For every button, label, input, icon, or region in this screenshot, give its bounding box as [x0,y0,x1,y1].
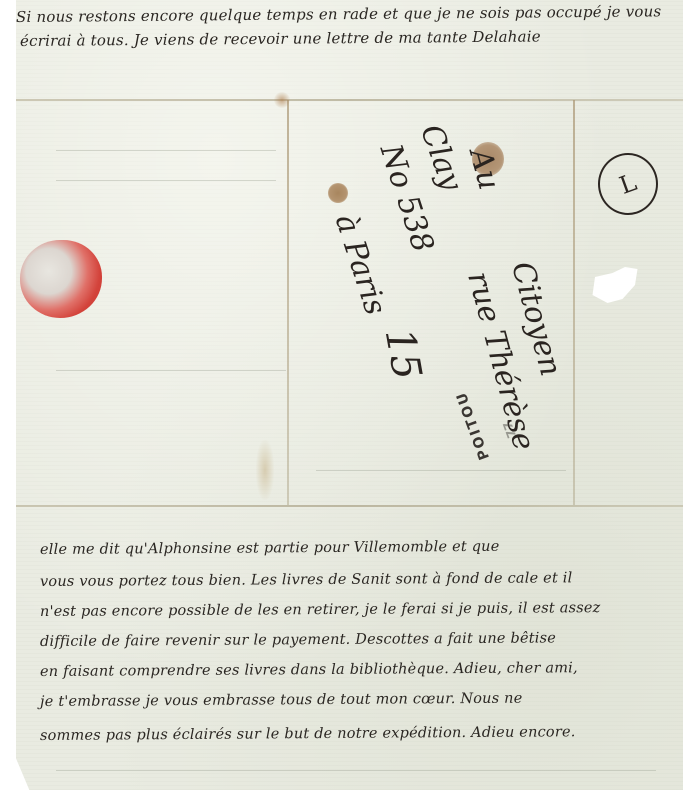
letter-line: Si nous restons encore quelque temps en … [16,2,662,26]
postmark-letter: L [616,168,641,200]
postmark-stamp: POITOU [453,389,493,462]
circular-postmark: L [598,153,658,215]
bleed-through-line [56,180,276,181]
letter-line: sommes pas plus éclairés sur le but de n… [40,724,576,744]
fold-line-left [287,100,289,505]
address-line: Clay [413,120,469,195]
letter-line: en faisant comprendre ses livres dans la… [40,660,578,680]
bleed-through-line [56,770,656,771]
bleed-through-line [316,470,566,471]
water-stain [274,92,290,108]
postage-mark: 15 [376,325,430,383]
letter-paper: Si nous restons encore quelque temps en … [16,0,683,790]
ink-stain [328,183,348,203]
fold-line-bottom [16,505,683,507]
address-line: à Paris [328,210,393,319]
letter-line: elle me dit qu'Alphonsine est partie pou… [40,539,500,558]
fold-line-right [573,100,575,505]
letter-line: vous vous portez tous bien. Les livres d… [40,570,573,590]
bleed-through-line [56,370,286,371]
bleed-through-line [56,150,276,151]
letter-line: écrirai à tous. Je viens de recevoir une… [20,27,541,50]
letter-line: n'est pas encore possible de les en reti… [40,600,601,620]
wax-seal [20,240,102,318]
fold-line-top [16,99,683,101]
letter-line: je t'embrasse je vous embrasse tous de t… [40,691,523,710]
letter-line: difficile de faire revenir sur le payeme… [40,630,556,650]
water-stain [256,440,274,500]
